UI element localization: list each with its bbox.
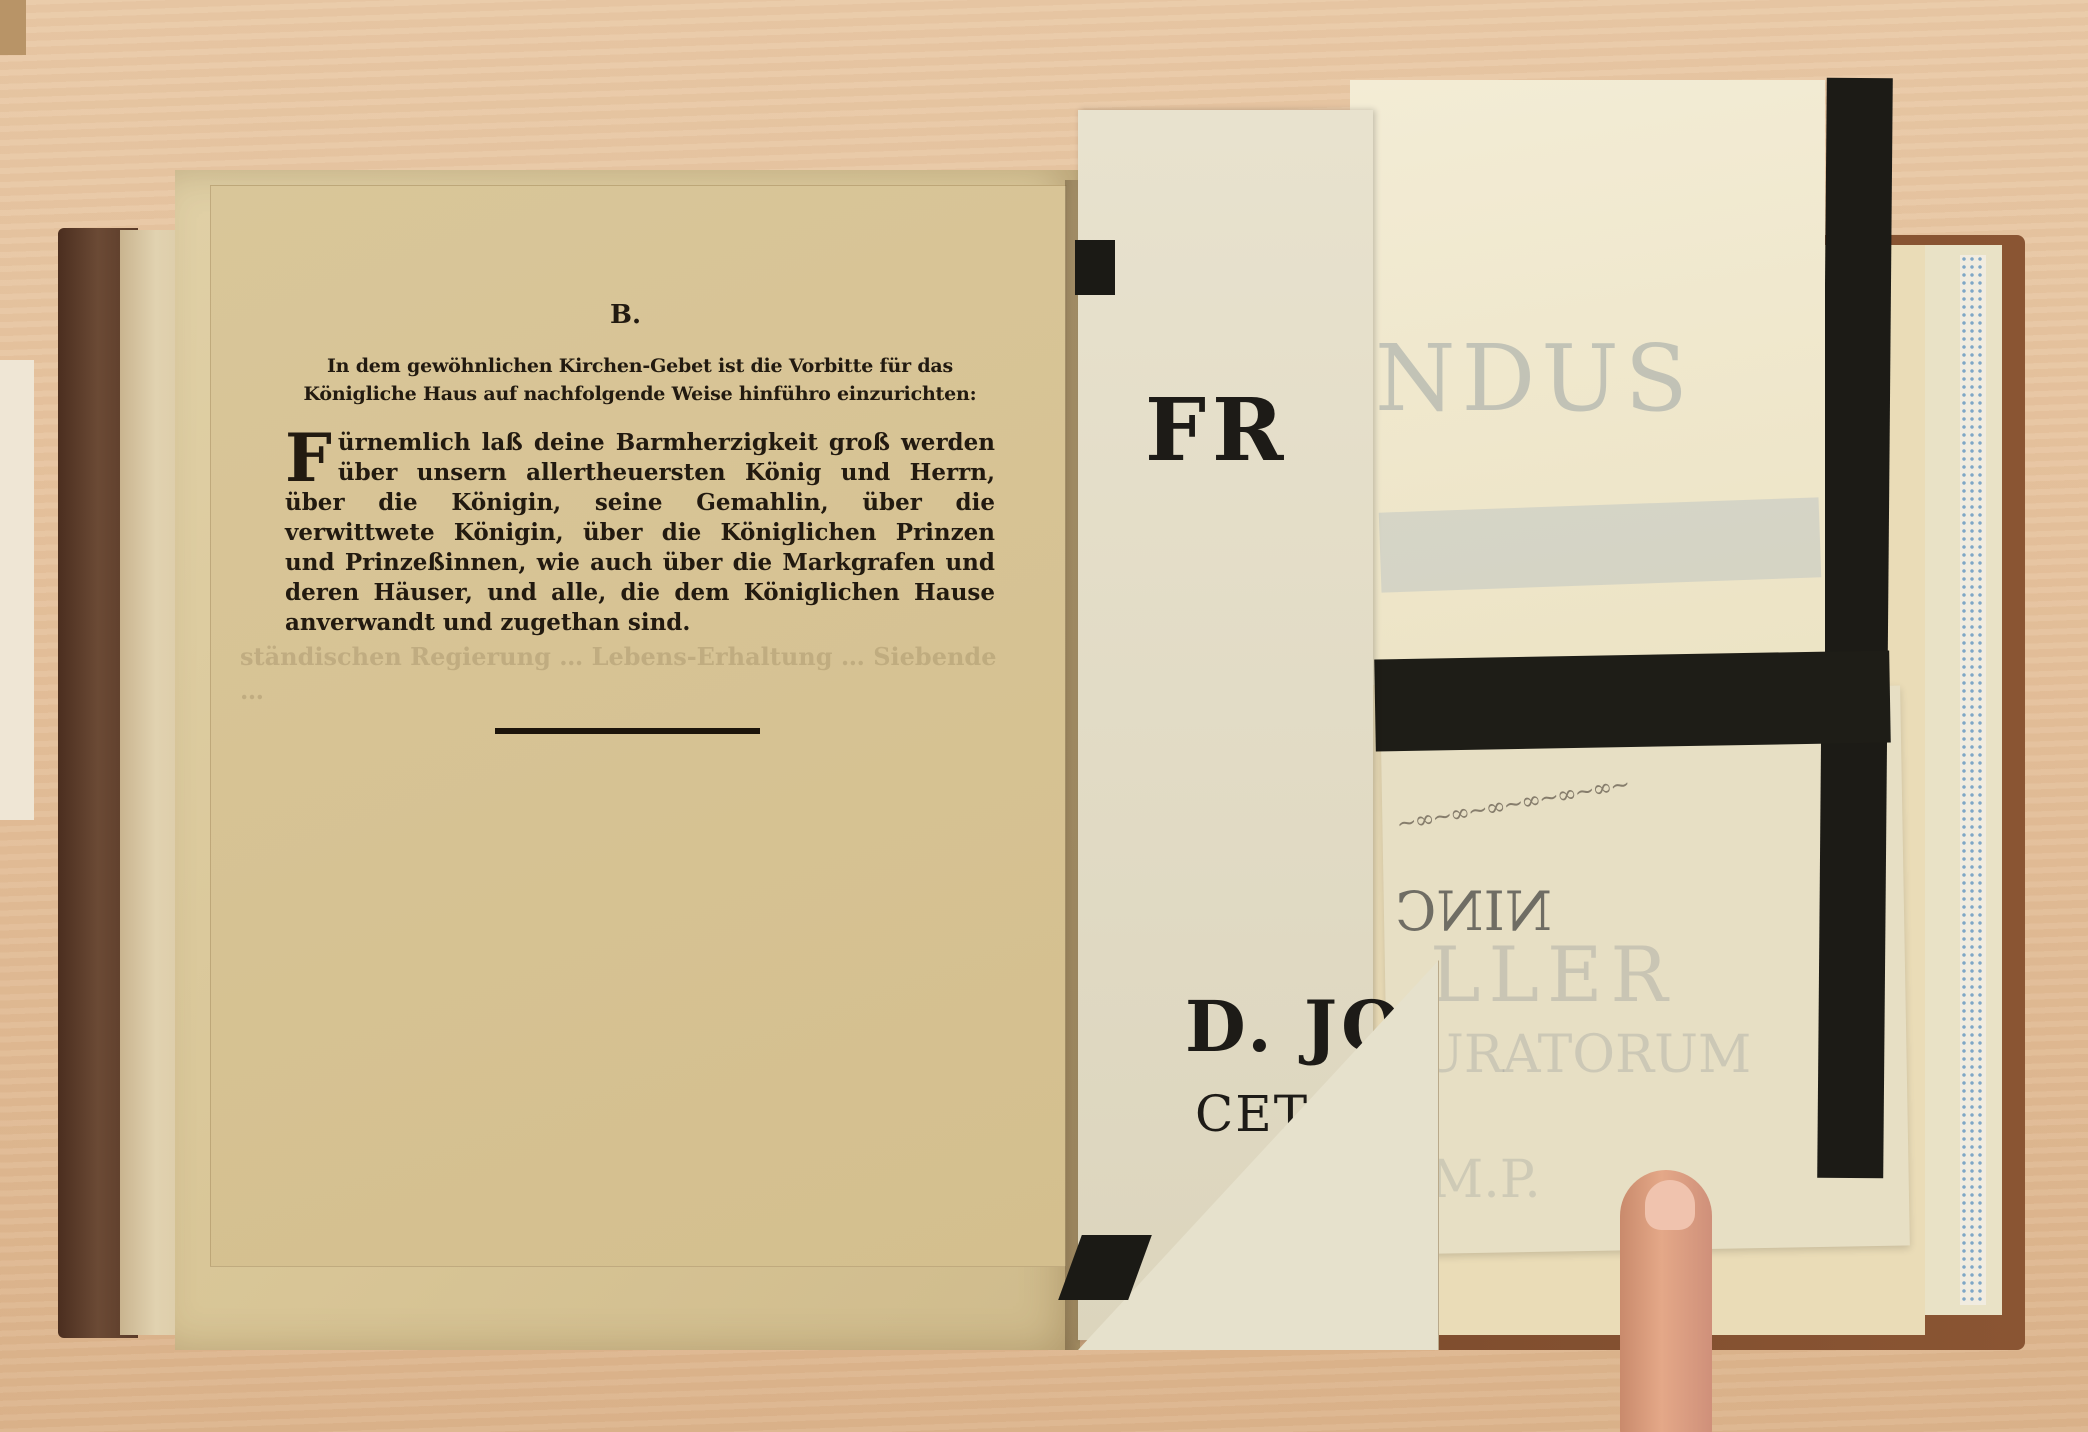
mourning-border-horizontal	[1374, 651, 1891, 752]
printed-fragment-ller: LLER	[1430, 930, 1676, 1019]
printed-fragment-fr: FR	[1145, 380, 1290, 481]
mourning-border-corner-top	[1075, 240, 1115, 295]
paper-slip	[0, 360, 34, 820]
signature-mark: B.	[610, 300, 641, 330]
faded-band	[1379, 497, 1822, 592]
mourning-border-vertical	[1817, 78, 1893, 1179]
drop-capital: F	[285, 430, 332, 486]
left-page-text-block	[210, 185, 1067, 1267]
prayer-paragraph: Fürnemlich laß deine Barmherzigkeit groß…	[285, 428, 995, 638]
printed-fragment-ndus: NDUS	[1375, 325, 1694, 432]
patterned-endpaper	[1960, 255, 1986, 1305]
printed-fragment-mp: M.P.	[1430, 1150, 1541, 1210]
fingernail	[1645, 1180, 1695, 1230]
prayer-text: ürnemlich laß deine Barmherzigkeit groß …	[285, 429, 995, 636]
intro-heading: In dem gewöhnlichen Kirchen-Gebet ist di…	[285, 352, 995, 408]
bleed-through-text: ständischen Regierung … Lebens-Erhaltung…	[240, 640, 1020, 708]
printed-rule-divider	[495, 728, 760, 734]
printed-fragment-uratorum: URATORUM	[1420, 1025, 1751, 1085]
table-object	[0, 0, 26, 55]
